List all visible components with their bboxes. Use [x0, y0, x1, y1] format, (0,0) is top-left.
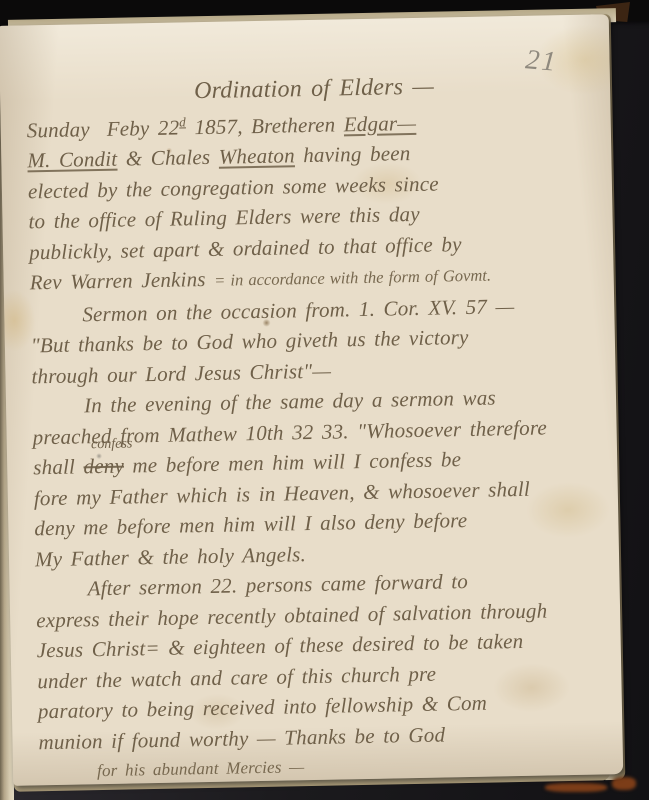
manuscript-page: 21 Ordination of Elders —Sunday Feby 22d… — [0, 14, 623, 786]
text-segment: me before men him will I confess be — [124, 447, 462, 477]
text-segment: elected by the congregation some weeks s… — [28, 171, 439, 203]
struck-word: deny — [83, 454, 124, 479]
text-segment: publickly, set apart & ordained to that … — [29, 232, 462, 264]
text-segment: After sermon 22. persons came forward to — [87, 569, 468, 600]
text-segment: & Chales — [117, 145, 219, 171]
text-segment: Ordination of Elders — — [194, 74, 434, 105]
text-segment: deny me before men him will I also deny … — [34, 508, 467, 540]
text-segment: paratory to being received into fellowsh… — [38, 691, 488, 724]
text-segment: In the evening of the same day a sermon … — [84, 385, 496, 417]
text-segment: 1857, Bretheren — [186, 112, 344, 139]
text-segment: through our Lord Jesus Christ"— — [31, 358, 331, 388]
text-segment: having been — [295, 141, 411, 167]
text-segment: Edgar— — [344, 110, 417, 135]
text-segment: for his abundant Mercies — — [97, 757, 305, 780]
text-segment: Wheaton — [218, 143, 295, 168]
text-segment: "But thanks be to God who giveth us the … — [31, 325, 469, 357]
text-segment: Sunday Feby 22 — [27, 115, 180, 142]
text-segment: munion if found worthy — Thanks be to Go… — [38, 722, 445, 754]
text-segment: My Father & the holy Angels. — [35, 542, 306, 571]
text-segment: confessdeny — [83, 451, 124, 482]
text-segment: to the office of Ruling Elders were this… — [28, 202, 420, 234]
text-segment: Sermon on the occasion from. 1. Cor. XV.… — [82, 294, 514, 326]
text-segment: Rev Warren Jenkins — [29, 267, 214, 295]
text-segment: shall — [33, 454, 84, 479]
inserted-correction-word: confess — [91, 437, 132, 452]
photograph-of-manuscript: 21 Ordination of Elders —Sunday Feby 22d… — [0, 0, 649, 800]
text-segment: M. Condit — [27, 147, 117, 173]
rust-stain — [545, 783, 607, 792]
rust-stain — [612, 777, 636, 790]
text-segment: = in accordance with the form of Govmt. — [214, 266, 491, 290]
manuscript-text: Ordination of Elders —Sunday Feby 22d 18… — [26, 68, 615, 785]
text-segment: under the watch and care of this church … — [37, 661, 436, 693]
